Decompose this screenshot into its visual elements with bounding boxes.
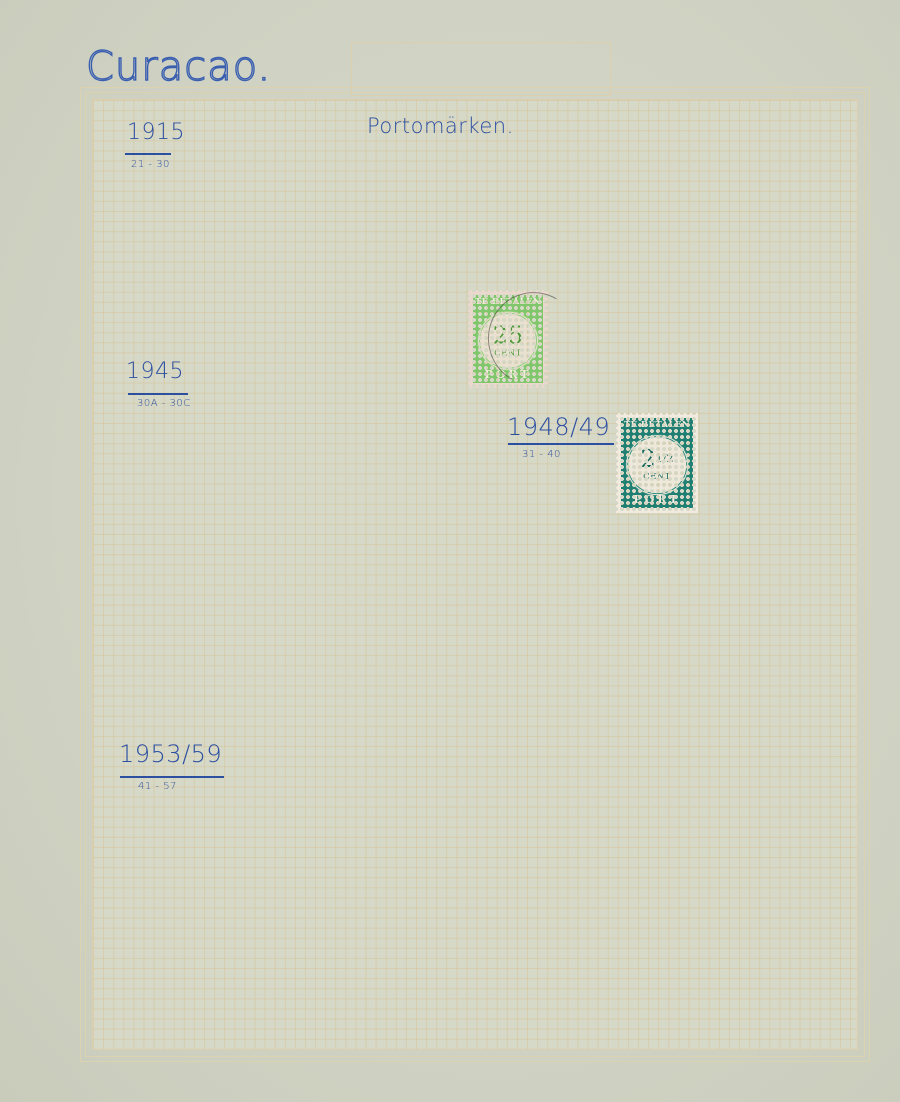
stamp-value: 21/2 bbox=[641, 447, 674, 471]
issue-year-1953-59: 1953/59 bbox=[119, 740, 222, 768]
issue-range-1945: 30A - 30C bbox=[137, 398, 191, 409]
issue-underline bbox=[508, 443, 614, 445]
issue-year-1915: 1915 bbox=[127, 120, 185, 145]
stamp-bottom-text: PORT bbox=[621, 493, 693, 506]
issue-range-1953-59: 41 - 57 bbox=[138, 781, 177, 792]
stamp-value-oval: 21/2 CENT bbox=[625, 434, 689, 496]
issue-range-1948-49: 31 - 40 bbox=[522, 449, 561, 460]
stamp-top-text: TE BETALEN bbox=[621, 418, 693, 430]
postage-due-stamp-2-half-cent: TE BETALEN 21/2 CENT PORT bbox=[616, 413, 698, 513]
album-page: Curacao. Portomärken. 1915 21 - 30 1945 … bbox=[0, 0, 900, 1102]
issue-year-1945: 1945 bbox=[126, 359, 184, 384]
issue-underline bbox=[128, 393, 188, 395]
quadrille-grid bbox=[92, 99, 858, 1050]
country-heading: Curacao. bbox=[86, 44, 271, 90]
issue-underline bbox=[125, 153, 171, 155]
stamp-unit: CENT bbox=[643, 472, 671, 482]
issue-year-1948-49: 1948/49 bbox=[507, 413, 610, 441]
stamp-value-whole: 2 bbox=[641, 445, 656, 473]
issue-underline bbox=[120, 776, 224, 778]
stamp-value-fraction: 1/2 bbox=[656, 452, 674, 465]
section-title: Portomärken. bbox=[367, 114, 514, 138]
issue-range-1915: 21 - 30 bbox=[131, 159, 170, 170]
